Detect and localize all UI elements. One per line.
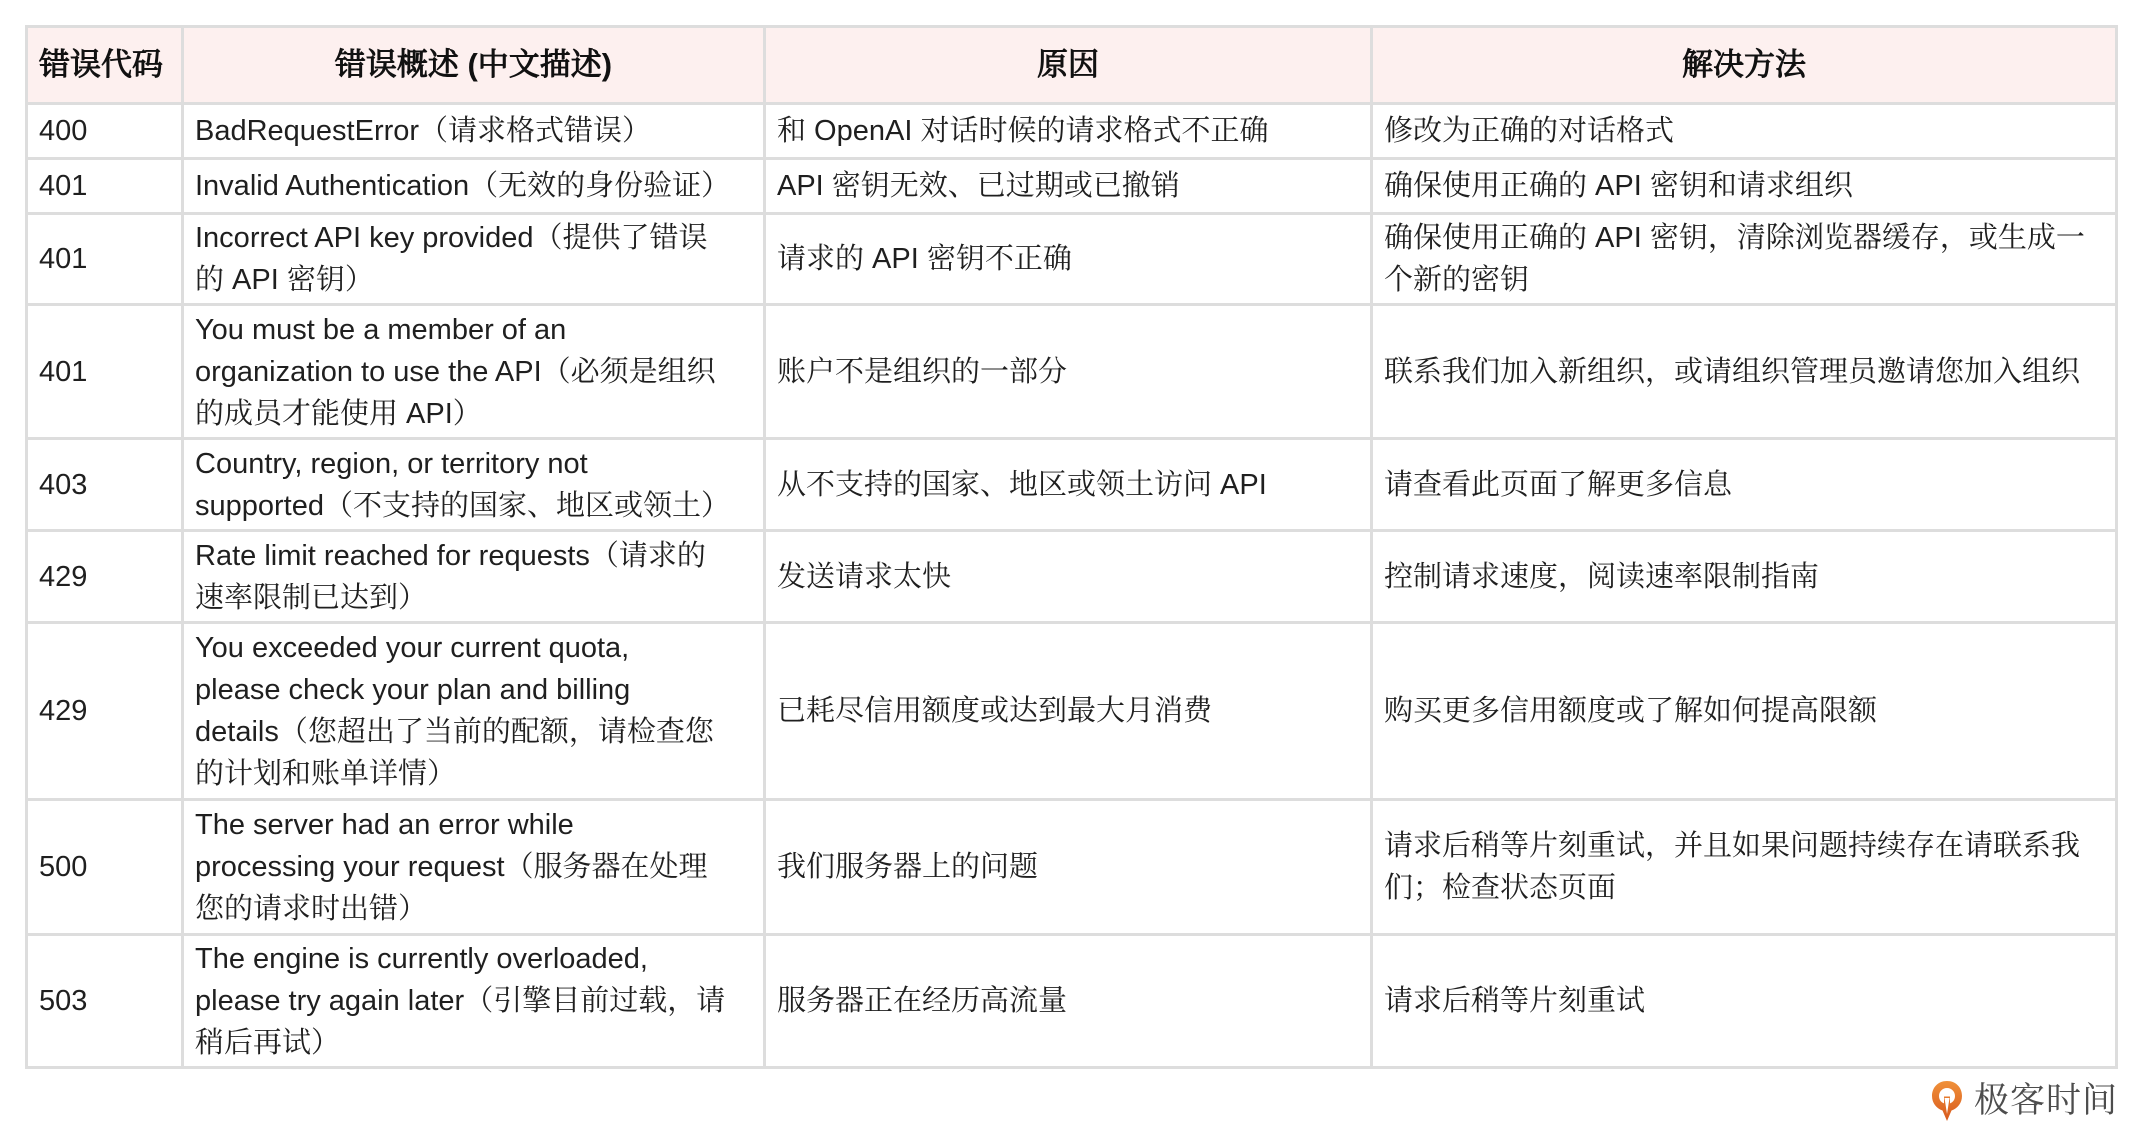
cell-error-code: 401 bbox=[27, 214, 183, 305]
cell-text-line: 和 OpenAI 对话时候的请求格式不正确 bbox=[777, 110, 1359, 152]
brand-name: 极客时间 bbox=[1974, 1078, 2118, 1124]
header-cause: 原因 bbox=[765, 27, 1372, 104]
table-body: 400BadRequestError（请求格式错误）和 OpenAI 对话时候的… bbox=[27, 104, 2117, 1068]
cell-text-line: please try again later（引擎目前过载，请 bbox=[195, 980, 752, 1022]
table-row: 401Incorrect API key provided（提供了错误的 API… bbox=[27, 214, 2117, 305]
cell-solution: 联系我们加入新组织，或请组织管理员邀请您加入组织 bbox=[1372, 305, 2117, 439]
cell-error-summary: You must be a member of anorganization t… bbox=[183, 305, 765, 439]
cell-cause: 账户不是组织的一部分 bbox=[765, 305, 1372, 439]
cell-text-line: 从不支持的国家、地区或领土访问 API bbox=[777, 464, 1359, 506]
cell-text-line: organization to use the API（必须是组织 bbox=[195, 351, 752, 393]
table-row: 401Invalid Authentication（无效的身份验证）API 密钥… bbox=[27, 159, 2117, 214]
cell-error-summary: The engine is currently overloaded,pleas… bbox=[183, 935, 765, 1068]
cell-text-line: 已耗尽信用额度或达到最大月消费 bbox=[777, 690, 1359, 732]
cell-error-code: 429 bbox=[27, 623, 183, 800]
cell-text-line: Country, region, or territory not bbox=[195, 443, 752, 485]
cell-text-line: 账户不是组织的一部分 bbox=[777, 351, 1359, 393]
cell-error-summary: BadRequestError（请求格式错误） bbox=[183, 104, 765, 159]
cell-text-line: Rate limit reached for requests（请求的 bbox=[195, 535, 752, 577]
cell-error-summary: The server had an error whileprocessing … bbox=[183, 800, 765, 935]
cell-text-line: You exceeded your current quota, bbox=[195, 627, 752, 669]
cell-error-code: 500 bbox=[27, 800, 183, 935]
cell-error-code: 429 bbox=[27, 531, 183, 623]
cell-text-line: 请求后稍等片刻重试 bbox=[1384, 980, 2104, 1022]
cell-solution: 确保使用正确的 API 密钥和请求组织 bbox=[1372, 159, 2117, 214]
cell-text-line: 您的请求时出错） bbox=[195, 888, 752, 930]
header-error-summary: 错误概述 (中文描述) bbox=[183, 27, 765, 104]
header-solution: 解决方法 bbox=[1372, 27, 2117, 104]
table-header-row: 错误代码 错误概述 (中文描述) 原因 解决方法 bbox=[27, 27, 2117, 104]
cell-text-line: 请求的 API 密钥不正确 bbox=[777, 238, 1359, 280]
cell-cause: API 密钥无效、已过期或已撤销 bbox=[765, 159, 1372, 214]
cell-cause: 已耗尽信用额度或达到最大月消费 bbox=[765, 623, 1372, 800]
cell-text-line: Invalid Authentication（无效的身份验证） bbox=[195, 165, 752, 207]
cell-error-summary: Invalid Authentication（无效的身份验证） bbox=[183, 159, 765, 214]
cell-error-code: 400 bbox=[27, 104, 183, 159]
cell-text-line: You must be a member of an bbox=[195, 309, 752, 351]
table-row: 429You exceeded your current quota,pleas… bbox=[27, 623, 2117, 800]
cell-text-line: 服务器正在经历高流量 bbox=[777, 980, 1359, 1022]
cell-text-line: 联系我们加入新组织，或请组织管理员邀请您加入组织 bbox=[1384, 351, 2104, 393]
cell-text-line: BadRequestError（请求格式错误） bbox=[195, 110, 752, 152]
cell-solution: 请查看此页面了解更多信息 bbox=[1372, 439, 2117, 531]
cell-error-summary: Incorrect API key provided（提供了错误的 API 密钥… bbox=[183, 214, 765, 305]
cell-text-line: 购买更多信用额度或了解如何提高限额 bbox=[1384, 690, 2104, 732]
cell-error-code: 503 bbox=[27, 935, 183, 1068]
cell-error-summary: You exceeded your current quota,please c… bbox=[183, 623, 765, 800]
cell-text-line: API 密钥无效、已过期或已撤销 bbox=[777, 165, 1359, 207]
cell-error-code: 401 bbox=[27, 305, 183, 439]
cell-text-line: please check your plan and billing bbox=[195, 669, 752, 711]
geektime-logo-icon bbox=[1930, 1079, 1964, 1123]
table-row: 500The server had an error whileprocessi… bbox=[27, 800, 2117, 935]
cell-solution: 控制请求速度，阅读速率限制指南 bbox=[1372, 531, 2117, 623]
header-error-code: 错误代码 bbox=[27, 27, 183, 104]
cell-solution: 确保使用正确的 API 密钥，清除浏览器缓存，或生成一个新的密钥 bbox=[1372, 214, 2117, 305]
table-row: 403Country, region, or territory notsupp… bbox=[27, 439, 2117, 531]
cell-cause: 从不支持的国家、地区或领土访问 API bbox=[765, 439, 1372, 531]
error-code-table: 错误代码 错误概述 (中文描述) 原因 解决方法 400BadRequestEr… bbox=[25, 25, 2118, 1069]
cell-text-line: Incorrect API key provided（提供了错误 bbox=[195, 217, 752, 259]
cell-cause: 和 OpenAI 对话时候的请求格式不正确 bbox=[765, 104, 1372, 159]
table-row: 429Rate limit reached for requests（请求的速率… bbox=[27, 531, 2117, 623]
cell-text-line: 们；检查状态页面 bbox=[1384, 867, 2104, 909]
cell-text-line: 请查看此页面了解更多信息 bbox=[1384, 464, 2104, 506]
cell-text-line: processing your request（服务器在处理 bbox=[195, 846, 752, 888]
cell-text-line: 我们服务器上的问题 bbox=[777, 846, 1359, 888]
cell-error-summary: Country, region, or territory notsupport… bbox=[183, 439, 765, 531]
brand-watermark: 极客时间 bbox=[1930, 1078, 2118, 1124]
cell-solution: 购买更多信用额度或了解如何提高限额 bbox=[1372, 623, 2117, 800]
table-row: 400BadRequestError（请求格式错误）和 OpenAI 对话时候的… bbox=[27, 104, 2117, 159]
cell-text-line: 稍后再试） bbox=[195, 1022, 752, 1064]
cell-text-line: 控制请求速度，阅读速率限制指南 bbox=[1384, 556, 2104, 598]
cell-text-line: 的 API 密钥） bbox=[195, 259, 752, 301]
cell-text-line: supported（不支持的国家、地区或领土） bbox=[195, 485, 752, 527]
cell-solution: 修改为正确的对话格式 bbox=[1372, 104, 2117, 159]
cell-text-line: 的计划和账单详情） bbox=[195, 753, 752, 795]
cell-text-line: The engine is currently overloaded, bbox=[195, 938, 752, 980]
cell-text-line: 的成员才能使用 API） bbox=[195, 393, 752, 435]
cell-text-line: 速率限制已达到） bbox=[195, 577, 752, 619]
cell-error-code: 403 bbox=[27, 439, 183, 531]
cell-text-line: 发送请求太快 bbox=[777, 556, 1359, 598]
cell-text-line: 修改为正确的对话格式 bbox=[1384, 110, 2104, 152]
cell-text-line: details（您超出了当前的配额，请检查您 bbox=[195, 711, 752, 753]
cell-cause: 我们服务器上的问题 bbox=[765, 800, 1372, 935]
cell-solution: 请求后稍等片刻重试，并且如果问题持续存在请联系我们；检查状态页面 bbox=[1372, 800, 2117, 935]
cell-cause: 发送请求太快 bbox=[765, 531, 1372, 623]
table-row: 503The engine is currently overloaded,pl… bbox=[27, 935, 2117, 1068]
cell-text-line: 确保使用正确的 API 密钥，清除浏览器缓存，或生成一 bbox=[1384, 217, 2104, 259]
cell-cause: 请求的 API 密钥不正确 bbox=[765, 214, 1372, 305]
cell-error-summary: Rate limit reached for requests（请求的速率限制已… bbox=[183, 531, 765, 623]
table-row: 401You must be a member of anorganizatio… bbox=[27, 305, 2117, 439]
cell-text-line: The server had an error while bbox=[195, 804, 752, 846]
cell-text-line: 请求后稍等片刻重试，并且如果问题持续存在请联系我 bbox=[1384, 825, 2104, 867]
cell-error-code: 401 bbox=[27, 159, 183, 214]
cell-text-line: 个新的密钥 bbox=[1384, 259, 2104, 301]
cell-text-line: 确保使用正确的 API 密钥和请求组织 bbox=[1384, 165, 2104, 207]
cell-solution: 请求后稍等片刻重试 bbox=[1372, 935, 2117, 1068]
cell-cause: 服务器正在经历高流量 bbox=[765, 935, 1372, 1068]
